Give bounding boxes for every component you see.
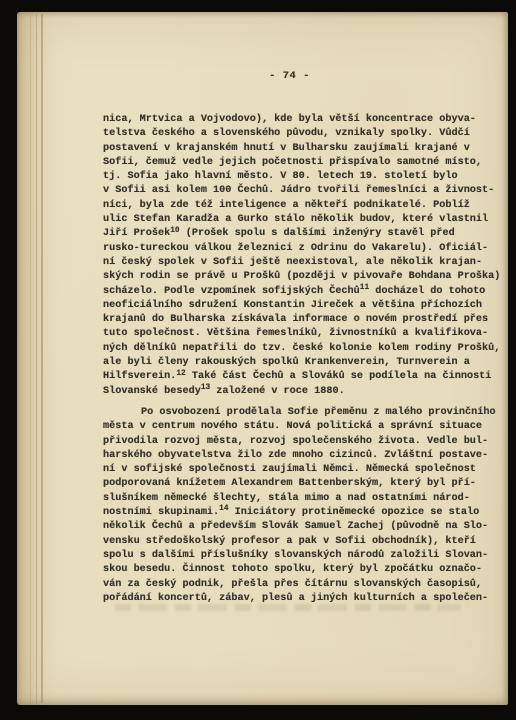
text-line: harského obyvatelstva žilo zde mnoho ciz…	[103, 449, 507, 463]
text-line: vensku středoškolský profesor a pak v So…	[103, 535, 507, 549]
text-line: několik Čechů a především Slovák Samuel …	[103, 520, 507, 534]
text-line: tuto společnost. Většina řemeslníků, živ…	[103, 327, 507, 341]
text-line: slušníkem německé šlechty, stála mimo a …	[103, 492, 507, 506]
text-line: krajanů do Bulharska získávala informace…	[103, 313, 507, 327]
text-line: skou besedu. Činnost tohoto spolku, kter…	[103, 563, 507, 577]
page-edge-crease	[41, 14, 43, 703]
text-line: ale byli členy rakouských spolků Kranken…	[103, 356, 507, 370]
text-line: města v centrum nového státu. Nová polit…	[103, 420, 507, 434]
footnote-ref: 10	[170, 227, 179, 235]
text-line: nostními skupinami.14 Iniciátory protině…	[103, 506, 507, 520]
text-line: spolu s dalšími příslušníky slovanských …	[103, 549, 507, 563]
text-line: nica, Mrtvica a Vojvodovo), kde byla vět…	[103, 113, 507, 127]
paragraph: nica, Mrtvica a Vojvodovo), kde byla vět…	[103, 113, 507, 399]
text-line: ulic Stefan Karadža a Gurko stálo několi…	[103, 213, 507, 227]
text-line: ských rodin se právě u Prošků (později v…	[103, 270, 507, 284]
text-line: v Sofii asi kolem 100 Čechů. Jádro tvoři…	[103, 184, 507, 198]
text-line: scházelo. Podle vzpomínek sofijských Čec…	[103, 285, 507, 299]
page-number: - 74 -	[103, 70, 476, 82]
text-line: postavení v krajanském hnutí v Bulharsku…	[103, 142, 507, 156]
text-line: tj. Sofia jako hlavní město. V 80. letec…	[103, 170, 507, 184]
paragraph: Po osvobození prodělala Sofie přeměnu z …	[103, 406, 507, 606]
text-line: ných dělníků nepatřili do tzv. české kol…	[103, 342, 507, 356]
text-line: Hilfsverein.12 Také část Čechů a Slováků…	[103, 370, 507, 384]
text-line: neoficiálního sdružení Konstantin Jireče…	[103, 299, 507, 313]
text-line: níci, byla zde též inteligence a někteří…	[103, 199, 507, 213]
text-line: podporovaná knížetem Alexandrem Battenbe…	[103, 477, 507, 491]
footnote-ref: 13	[201, 384, 210, 392]
page-edge-crease	[36, 14, 37, 703]
text-line: ní český spolek v Sofii ještě neexistova…	[103, 256, 507, 270]
text-line: Sofii, čemuž vedle jejich početnosti při…	[103, 156, 507, 170]
scanned-book-photo: - 74 - nica, Mrtvica a Vojvodovo), kde b…	[0, 0, 516, 720]
text-line: ní v sofijské společnosti zaujímali Němc…	[103, 463, 507, 477]
footnote-ref: 14	[219, 505, 228, 513]
footnote-ref: 11	[360, 284, 369, 292]
text-block: nica, Mrtvica a Vojvodovo), kde byla vět…	[103, 113, 507, 606]
book-page: - 74 - nica, Mrtvica a Vojvodovo), kde b…	[17, 12, 508, 705]
text-line: Po osvobození prodělala Sofie přeměnu z …	[103, 406, 507, 420]
text-line: Slovanské besedy13 založené v roce 1880.	[103, 385, 507, 399]
text-line: telstva českého a slovenského původu, vz…	[103, 127, 507, 141]
text-line: přivodila rozvoj města, rozvoj společens…	[103, 435, 507, 449]
text-line: ván za český podnik, přešla přes čítárnu…	[103, 578, 507, 592]
ink-bleed-through	[115, 604, 461, 611]
page-edge-crease	[30, 14, 31, 703]
text-line: rusko-tureckou válkou železnici z Odrinu…	[103, 242, 507, 256]
footnote-ref: 12	[176, 370, 185, 378]
text-line: Jiří Prošek10 (Prošek spolu s dalšími in…	[103, 227, 507, 241]
